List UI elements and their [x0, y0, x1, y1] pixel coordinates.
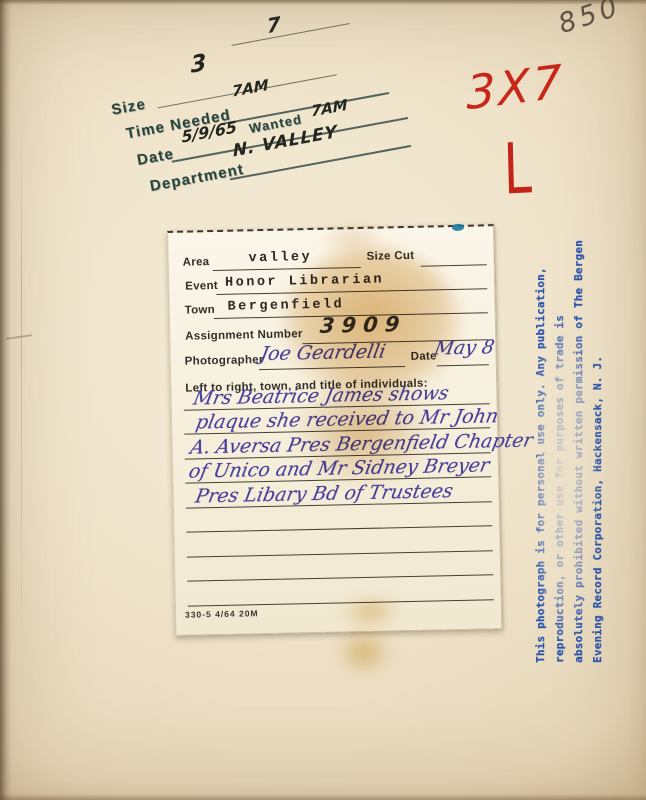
photographer-label: Photographer: [185, 354, 264, 368]
date-label: Date: [136, 145, 176, 169]
copyright-line: This photograph is for personal use only…: [531, 235, 550, 663]
ruled-line: [186, 525, 492, 532]
size-cut-label: Size Cut: [366, 250, 414, 263]
form-date-rule: [437, 364, 489, 366]
red-letter-mark: L: [502, 127, 532, 210]
town-value: Bergenfield: [227, 297, 344, 314]
paper-crease: [21, 128, 22, 658]
photo-edge-top: [0, 0, 646, 5]
photographer-value: Joe Geardelli: [258, 340, 387, 365]
form-date-value: May 8: [432, 336, 496, 359]
area-label: Area: [183, 256, 210, 269]
ruled-line: [187, 550, 493, 557]
pencil-number: 850: [555, 0, 625, 40]
ruled-line: [187, 574, 493, 581]
copyright-line: Evening Record Corporation, Hackensack, …: [588, 235, 607, 663]
event-label: Event: [185, 280, 218, 293]
copyright-stamp: This photograph is for personal use only…: [531, 235, 611, 663]
print-code: 330-5 4/64 20M: [185, 608, 259, 620]
wanted-value: 7AM: [311, 96, 348, 121]
photo-back: 850 3X7 L 7 3 Size 7AM Time Needed 5/9/6…: [0, 0, 646, 800]
assignment-label: Assignment Number: [185, 328, 303, 342]
size-value: 3: [190, 50, 207, 79]
assignment-value: 3909: [319, 312, 407, 338]
size-label: Size: [110, 96, 147, 119]
event-value: Honor Librarian: [225, 272, 384, 290]
size-cut-rule: [421, 264, 487, 266]
copyright-line: absolutely prohibited without written pe…: [569, 235, 588, 663]
intake-stamp: 7 3 Size 7AM Time Needed 5/9/65 Wanted 7…: [110, 46, 437, 220]
area-value: valley: [248, 250, 312, 266]
photo-edge-bottom: [0, 794, 646, 800]
size-alt-rule: [232, 23, 350, 46]
photo-edge-left: [0, 0, 11, 800]
assignment-form: Area valley Size Cut Event Honor Librari…: [167, 224, 502, 636]
photographer-rule: [259, 366, 405, 370]
stain: [335, 628, 393, 676]
ruled-line: [188, 599, 494, 606]
size-alt-value: 7: [266, 12, 281, 39]
time-needed-value: 7AM: [232, 76, 269, 101]
red-size-mark: 3X7: [466, 54, 565, 120]
town-label: Town: [185, 304, 216, 317]
area-rule: [213, 267, 361, 271]
ink-dot: [452, 224, 464, 231]
copyright-line: reproduction, or other use for purposes …: [550, 235, 569, 663]
